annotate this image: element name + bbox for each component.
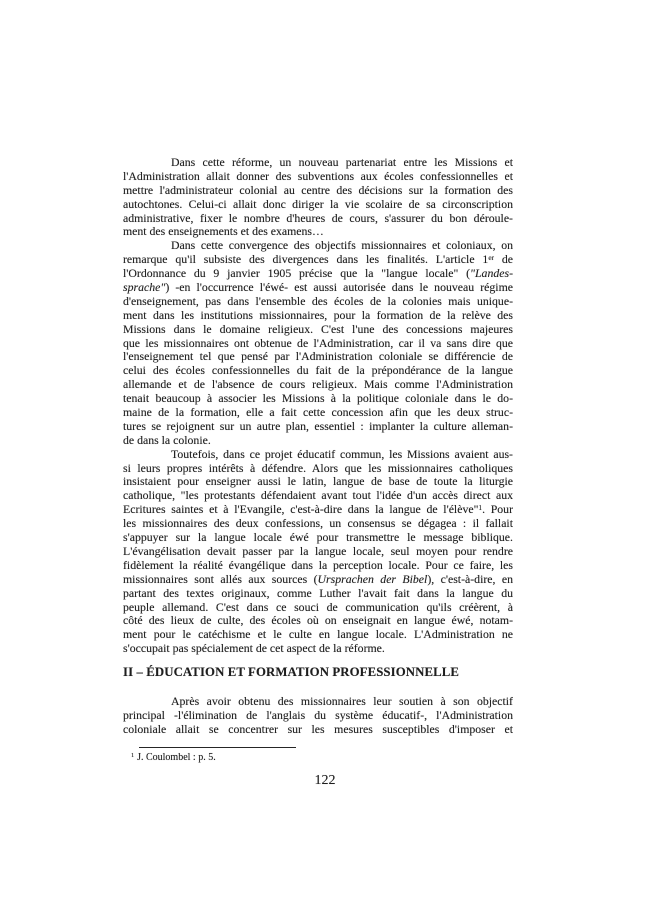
text-line: que les missionnaires ont obtenue de l'A… xyxy=(123,337,513,351)
text-line: catholique, "les protestants défendaient… xyxy=(123,489,513,503)
text-line: ment dans les institutions missionnaires… xyxy=(123,309,513,323)
paragraphs-after-heading: Après avoir obtenu des missionnaires leu… xyxy=(123,695,513,737)
text-line: insistaient pour enseigner aussi le lati… xyxy=(123,475,513,489)
text-line: administrative, fixer le nombre d'heures… xyxy=(123,212,513,226)
text-line: Ecritures saintes et à l'Evangile, c'est… xyxy=(123,503,513,517)
text-line: Toutefois, dans ce projet éducatif commu… xyxy=(123,448,513,462)
text-line: remarque qu'il subsiste des divergences … xyxy=(123,253,513,267)
text-line: Dans cette convergence des objectifs mis… xyxy=(123,239,513,253)
text-line: Dans cette réforme, un nouveau partenari… xyxy=(123,156,513,170)
paragraph: Dans cette réforme, un nouveau partenari… xyxy=(123,156,513,239)
text-line: coloniale allait se concentrer sur les m… xyxy=(123,723,513,737)
text-line: ment des enseignements et des examens… xyxy=(123,225,513,239)
text-line: l'Administration allait donner des subve… xyxy=(123,170,513,184)
text-line: d'enseignement, pas dans l'ensemble des … xyxy=(123,295,513,309)
footnote-text: J. Coulombel : p. 5. xyxy=(137,752,216,763)
text-line: fidèlement la réalité évangélique dans l… xyxy=(123,559,513,573)
footnote: 1J. Coulombel : p. 5. xyxy=(123,752,513,764)
text-line: Missions dans le domaine religieux. C'es… xyxy=(123,323,513,337)
footnote-separator xyxy=(139,747,296,748)
text-line: mettre l'administrateur colonial au cent… xyxy=(123,184,513,198)
text-line: missionnaires sont allés aux sources (Ur… xyxy=(123,573,513,587)
text-line: Après avoir obtenu des missionnaires leu… xyxy=(123,695,513,709)
text-line: allemande et de l'absence de cours relig… xyxy=(123,378,513,392)
paragraph: Toutefois, dans ce projet éducatif commu… xyxy=(123,448,513,656)
text-line: partant des textes originaux, comme Luth… xyxy=(123,587,513,601)
text-line: principal -l'élimination de l'anglais du… xyxy=(123,709,513,723)
footnote-marker: 1 xyxy=(131,752,134,759)
section-heading: II – ÉDUCATION ET FORMATION PROFESSIONNE… xyxy=(123,664,513,681)
text-line: de dans la colonie. xyxy=(123,434,513,448)
text-line: L'évangélisation devait passer par la la… xyxy=(123,545,513,559)
text-line: si leurs propres intérêts à défendre. Al… xyxy=(123,462,513,476)
text-line: sprache") -en l'occurrence l'éwé- est au… xyxy=(123,281,513,295)
text-line: l'enseignement tel que pensé par l'Admin… xyxy=(123,350,513,364)
text-line: l'Ordonnance du 9 janvier 1905 précise q… xyxy=(123,267,513,281)
text-line: les missionnaires des deux confessions, … xyxy=(123,517,513,531)
text-line: maine de la formation, elle a fait cette… xyxy=(123,406,513,420)
text-line: autochtones. Celui-ci allait donc dirige… xyxy=(123,198,513,212)
text-line: côté des lieux de culte, des écoles où o… xyxy=(123,614,513,628)
text-line: peuple allemand. C'est dans ce souci de … xyxy=(123,601,513,615)
text-line: tures se rejoignent sur un autre plan, e… xyxy=(123,420,513,434)
text-line: tenait beaucoup à associer les Missions … xyxy=(123,392,513,406)
text-line: s'occupait pas spécialement de cet aspec… xyxy=(123,642,513,656)
page-number: 122 xyxy=(0,773,650,789)
document-page: Dans cette réforme, un nouveau partenari… xyxy=(0,0,650,920)
text-line: ment pour le catéchisme et le culte en l… xyxy=(123,628,513,642)
text-line: s'appuyer sur la langue locale éwé pour … xyxy=(123,531,513,545)
paragraph: Dans cette convergence des objectifs mis… xyxy=(123,239,513,447)
paragraphs-before-heading: Dans cette réforme, un nouveau partenari… xyxy=(123,156,513,656)
body-text: Dans cette réforme, un nouveau partenari… xyxy=(123,156,513,764)
paragraph: Après avoir obtenu des missionnaires leu… xyxy=(123,695,513,737)
text-line: celui des écoles confessionnelles du fai… xyxy=(123,364,513,378)
